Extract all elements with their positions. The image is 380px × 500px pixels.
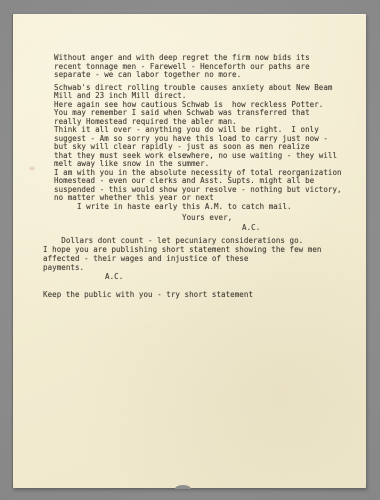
- letter-paragraph-body: Schwab's direct rolling trouble causes a…: [54, 84, 366, 203]
- letter-signature-initials: A.C.: [242, 224, 366, 233]
- letter-postscript: Dollars dont count - let pecuniary consi…: [43, 236, 366, 272]
- letter-valediction: Yours ever,: [182, 214, 366, 223]
- letter-paper: Without anger and with deep regret the f…: [13, 14, 366, 488]
- letter-closing-line: I write in haste early this A.M. to catc…: [77, 203, 366, 212]
- letter-text: Without anger and with deep regret the f…: [13, 54, 366, 299]
- letter-final-note: Keep the public with you - try short sta…: [43, 290, 366, 299]
- letter-paragraph-opening: Without anger and with deep regret the f…: [54, 54, 366, 80]
- letter-postscript-signature: A.C.: [105, 272, 366, 281]
- paper-bottom-notch: [175, 485, 191, 489]
